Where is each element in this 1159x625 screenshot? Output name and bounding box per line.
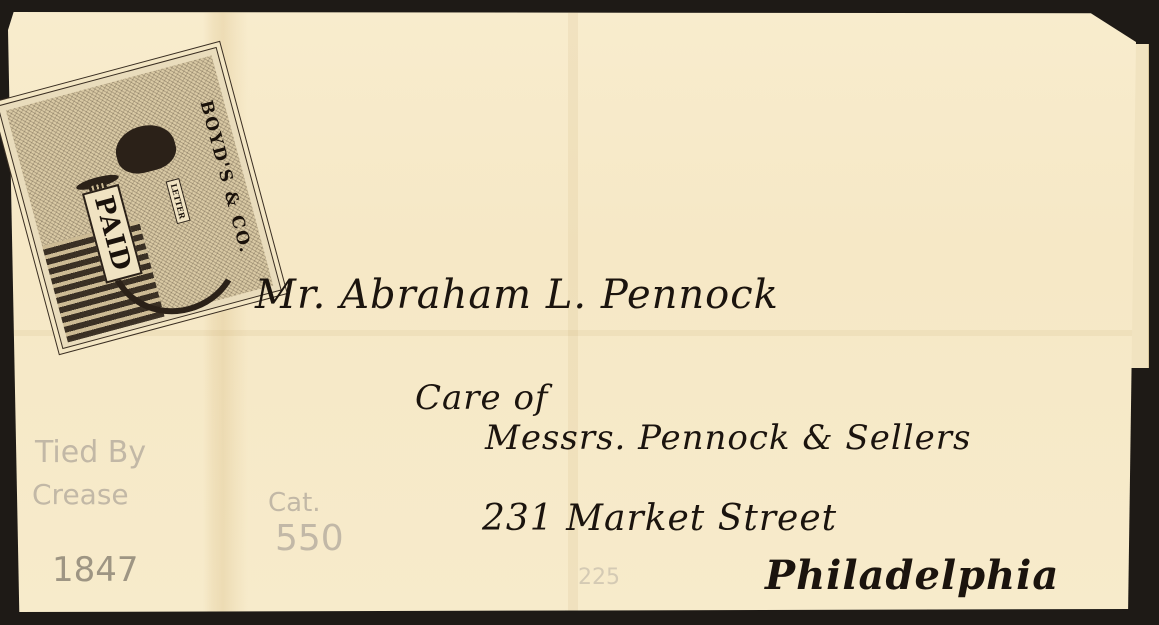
care-of-line: Care of <box>415 378 549 418</box>
street-address: 231 Market Street <box>482 498 837 539</box>
firm-name: Messrs. Pennock & Sellers <box>485 418 971 458</box>
pencil-note-crease: Crease <box>32 478 129 511</box>
city-name: Philadelphia <box>765 552 1059 599</box>
pencil-note-year: 1847 <box>52 550 139 590</box>
pencil-note-price: 225 <box>578 565 620 590</box>
pencil-note-cat-label: Cat. <box>268 488 321 518</box>
eagle-icon <box>111 119 181 179</box>
fold-line-horizontal <box>8 330 1136 336</box>
scan-background: PAID LETTER BOYD'S & CO. Mr. Abraham L. … <box>0 0 1159 625</box>
addressee-name: Mr. Abraham L. Pennock <box>255 272 779 318</box>
pencil-note-cat-value: 550 <box>275 518 344 559</box>
pencil-note-tied: Tied By <box>35 436 146 470</box>
